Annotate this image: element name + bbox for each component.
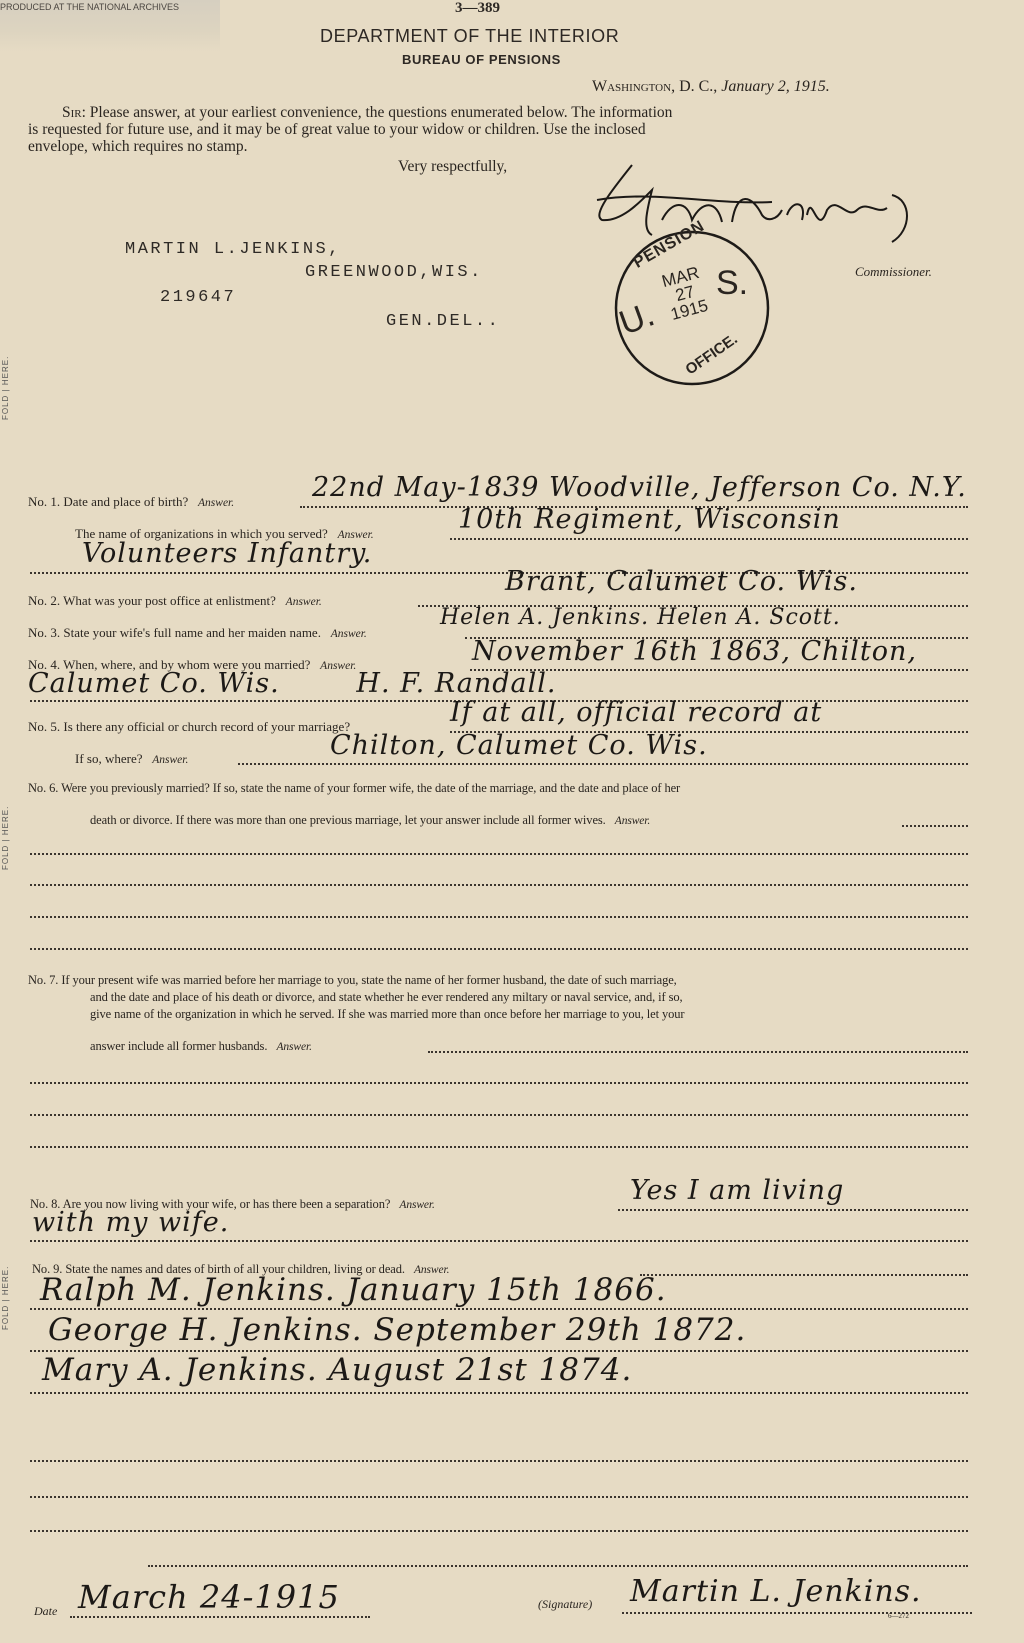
q9-answer-line-6[interactable]: [30, 1530, 968, 1532]
q2-label: No. 2. What was your post office at enli…: [28, 593, 322, 610]
intro-line-1: Sir: Please answer, at your earliest con…: [28, 104, 963, 121]
q7-answer-line-1[interactable]: [30, 1082, 968, 1084]
salutation: Sir: [62, 104, 82, 121]
q5-sub-label: If so, where? Answer.: [75, 751, 188, 768]
answer-label: Answer.: [198, 497, 234, 509]
q2-answer[interactable]: Brant, Calumet Co. Wis.: [505, 566, 858, 597]
fold-mark-1: FOLD | HERE.: [1, 420, 15, 429]
q8-answer-line-2: [30, 1240, 968, 1242]
q8-answer[interactable]: Yes I am living: [630, 1175, 844, 1206]
q7-label-line-1: No. 7. If your present wife was married …: [28, 973, 677, 988]
child-2[interactable]: George H. Jenkins. September 29th 1872.: [48, 1312, 746, 1348]
q4-answer[interactable]: November 16th 1863, Chilton,: [472, 636, 917, 667]
fold-label: FOLD | HERE.: [1, 856, 10, 870]
place-date: Washington, D. C., January 2, 1915.: [592, 78, 830, 96]
q8-answer-cont[interactable]: with my wife.: [32, 1207, 229, 1238]
signature-line: [622, 1612, 972, 1614]
q9-answer-line-7[interactable]: [148, 1565, 968, 1567]
q9-answer-line-5[interactable]: [30, 1496, 968, 1498]
q3-answer[interactable]: Helen A. Jenkins. Helen A. Scott.: [440, 605, 841, 630]
q9-answer-line-0: [640, 1274, 968, 1276]
q6-answer-line-2[interactable]: [30, 884, 968, 886]
addressee-city: GREENWOOD,WIS.: [305, 263, 483, 282]
commissioner-label: Commissioner.: [855, 264, 932, 280]
q7-label-line-2: and the date and place of his death or d…: [90, 990, 683, 1005]
intro-text-1: : Please answer, at your earliest conven…: [82, 104, 673, 121]
q6-answer-line-4[interactable]: [30, 948, 968, 950]
q6-answer-line-3[interactable]: [30, 916, 968, 918]
letter-date: January 2, 1915.: [721, 78, 829, 95]
q1b-answer[interactable]: 10th Regiment, Wisconsin: [458, 504, 841, 535]
addressee-delivery: GEN.DEL..: [386, 312, 500, 331]
department-title: DEPARTMENT OF THE INTERIOR: [320, 26, 619, 47]
q5-answer[interactable]: If at all, official record at: [450, 697, 822, 728]
closing: Very respectfully,: [398, 158, 507, 176]
place: Washington, D. C.,: [592, 78, 717, 95]
signature-value[interactable]: Martin L. Jenkins.: [630, 1574, 922, 1609]
q6-label-line-1: No. 6. Were you previously married? If s…: [28, 781, 680, 796]
date-line: [70, 1616, 370, 1618]
fold-mark-2: FOLD | HERE.: [1, 870, 15, 879]
q1b-answer-line: [450, 538, 968, 540]
intro-line-2: is requested for future use, and it may …: [28, 121, 963, 138]
child-1[interactable]: Ralph M. Jenkins. January 15th 1866.: [40, 1272, 667, 1308]
fold-label: FOLD | HERE.: [1, 1316, 10, 1330]
q7-label-line-4: answer include all former husbands. Answ…: [90, 1039, 312, 1055]
intro-letter: Sir: Please answer, at your earliest con…: [28, 104, 963, 155]
q1-answer[interactable]: 22nd May-1839 Woodville, Jefferson Co. N…: [312, 472, 967, 503]
q6-answer-line-1[interactable]: [30, 853, 968, 855]
fold-label: FOLD | HERE.: [1, 406, 10, 420]
stamp-letter-s: S.: [716, 264, 748, 303]
q4-answer-cont[interactable]: Calumet Co. Wis. H. F. Randall.: [28, 668, 556, 699]
q1-label: No. 1. Date and place of birth? Answer.: [28, 494, 234, 511]
intro-line-3: envelope, which requires no stamp.: [28, 138, 963, 155]
q6-label-line-2: death or divorce. If there was more than…: [90, 813, 650, 829]
signature-label: (Signature): [538, 1597, 592, 1612]
pension-office-stamp: PENSION MAR 27 1915 S. U. OFFICE.: [612, 228, 772, 388]
q7-answer-line-3[interactable]: [30, 1146, 968, 1148]
child-3[interactable]: Mary A. Jenkins. August 21st 1874.: [42, 1352, 632, 1388]
q6-answer-line-0[interactable]: [902, 825, 968, 827]
archive-banner-text: PRODUCED AT THE NATIONAL ARCHIVES: [0, 2, 179, 12]
q5-label: No. 5. Is there any official or church r…: [28, 719, 350, 734]
date-value[interactable]: March 24-1915: [78, 1578, 340, 1616]
q5-sub-answer[interactable]: Chilton, Calumet Co. Wis.: [330, 730, 708, 761]
q9-answer-line-1: [30, 1308, 968, 1310]
form-code: 6—272: [888, 1612, 909, 1620]
q3-label: No. 3. State your wife's full name and h…: [28, 625, 367, 642]
form-number: 3—389: [455, 0, 500, 17]
q1b-answer-cont[interactable]: Volunteers Infantry.: [82, 538, 372, 569]
q7-answer-line-2[interactable]: [30, 1114, 968, 1116]
fold-mark-3: FOLD | HERE.: [1, 1330, 15, 1339]
q7-answer-line-0[interactable]: [428, 1051, 968, 1053]
q5-sub-answer-line: [238, 763, 968, 765]
bureau-title: BUREAU OF PENSIONS: [402, 52, 561, 67]
archive-banner: PRODUCED AT THE NATIONAL ARCHIVES: [0, 0, 220, 52]
q9-answer-line-3: [30, 1392, 968, 1394]
q8-answer-line: [618, 1209, 968, 1211]
q7-label-line-3: give name of the organization in which h…: [90, 1007, 685, 1022]
addressee-name: MARTIN L.JENKINS,: [125, 240, 341, 259]
q9-answer-line-4[interactable]: [30, 1460, 968, 1462]
date-label: Date: [34, 1604, 57, 1619]
certificate-number: 219647: [160, 288, 236, 307]
